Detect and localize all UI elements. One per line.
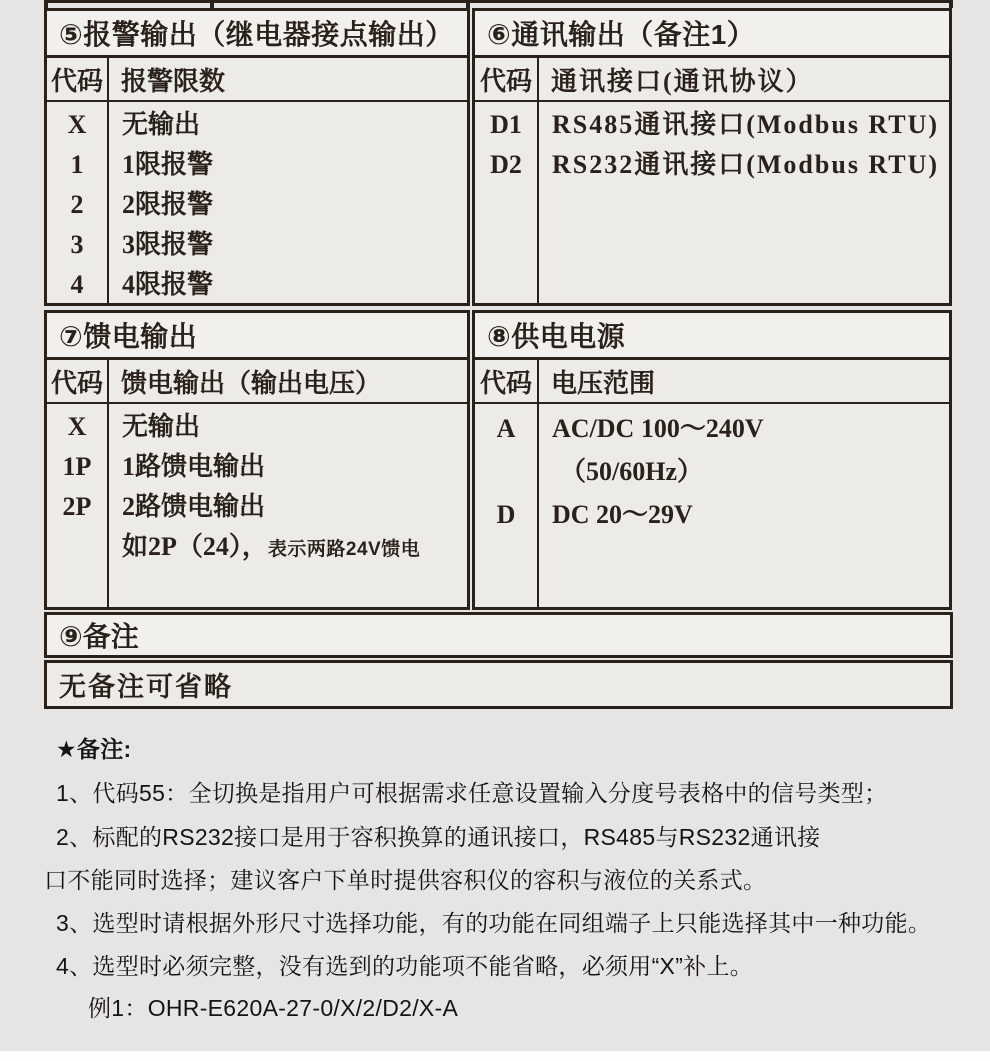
remark-text: 无备注可省略 <box>59 665 233 704</box>
section-title: ⑦馈电输出 <box>47 313 467 360</box>
code-cell: 4 <box>71 265 84 305</box>
table-alarm-output: ⑤报警输出（继电器接点输出） 代码 报警限数 X 1 2 3 4 无输出 1限报… <box>44 8 470 306</box>
desc-cell: 4限报警 <box>122 265 467 305</box>
footnote-line: 3、选型时请根据外形尺寸选择功能，有的功能在同组端子上只能选择其中一种功能。 <box>56 905 956 938</box>
previous-table-stub <box>949 0 953 8</box>
table-remark-header: ⑨备注 <box>44 612 953 658</box>
desc-cell: RS485通讯接口(Modbus RTU) <box>552 105 949 145</box>
table-feed-output: ⑦馈电输出 代码 馈电输出（输出电压） X 1P 2P 无输出 1路馈电输出 2… <box>44 310 470 610</box>
table-power-supply: ⑧供电电源 代码 电压范围 A D AC/DC 100～240V （50/60H… <box>472 310 952 610</box>
section-title: ⑧供电电源 <box>475 313 949 360</box>
footnote-line: 口不能同时选择；建议客户下单时提供容积仪的容积与液位的关系式。 <box>44 862 944 895</box>
note-prefix: 如2P（24）， <box>122 532 268 561</box>
previous-table-stub <box>466 0 470 8</box>
code-cell: D1 <box>490 105 522 145</box>
code-cell: 3 <box>71 225 84 265</box>
code-cell: D2 <box>490 145 522 185</box>
previous-table-stub <box>44 0 48 8</box>
footnote-title: ★备注: <box>56 731 956 764</box>
code-cell: X <box>68 105 87 145</box>
desc-cell: 无输出 <box>122 105 467 145</box>
column-header-desc: 通讯接口(通讯协议） <box>539 58 814 100</box>
desc-cell: 1路馈电输出 <box>122 447 467 487</box>
desc-cell: 3限报警 <box>122 225 467 265</box>
page-bottom-strip <box>0 1051 990 1061</box>
code-cell: D <box>497 493 516 536</box>
column-header-code: 代码 <box>47 360 109 402</box>
column-header-desc: 报警限数 <box>109 58 225 100</box>
code-cell: A <box>497 407 516 450</box>
column-header-desc: 电压范围 <box>539 360 655 402</box>
column-header-code: 代码 <box>475 58 539 100</box>
table-remark-body: 无备注可省略 <box>44 660 953 709</box>
column-header-code: 代码 <box>47 58 109 100</box>
desc-cell: 无输出 <box>122 407 467 447</box>
ordering-spec-page: ⑤报警输出（继电器接点输出） 代码 报警限数 X 1 2 3 4 无输出 1限报… <box>0 0 990 1061</box>
table-comm-output: ⑥通讯输出（备注1） 代码 通讯接口(通讯协议） D1 D2 RS485通讯接口… <box>472 8 952 306</box>
desc-cell: RS232通讯接口(Modbus RTU) <box>552 145 949 185</box>
desc-cell: 2路馈电输出 <box>122 487 467 527</box>
column-header-code: 代码 <box>475 360 539 402</box>
section-title: ⑥通讯输出（备注1） <box>475 11 949 58</box>
code-cell: 2P <box>63 487 92 527</box>
footnote-example: 例1：OHR-E620A-27-0/X/2/D2/X-A <box>88 990 988 1023</box>
desc-cell: DC 20～29V <box>552 493 949 536</box>
desc-cell-note: 如2P（24），表示两路24V馈电 <box>122 527 467 567</box>
footnote-line: 1、代码55：全切换是指用户可根据需求任意设置输入分度号表格中的信号类型； <box>56 775 956 808</box>
column-header-desc: 馈电输出（输出电压） <box>109 360 381 402</box>
previous-table-stub <box>210 0 214 8</box>
desc-cell: AC/DC 100～240V <box>552 407 949 450</box>
desc-cell-line2: （50/60Hz） <box>552 450 949 493</box>
code-cell: X <box>68 407 87 447</box>
code-cell: 1P <box>63 447 92 487</box>
note-small: 表示两路24V馈电 <box>268 539 420 560</box>
desc-cell: 1限报警 <box>122 145 467 185</box>
footnote-line: 4、选型时必须完整，没有选到的功能项不能省略，必须用“X”补上。 <box>56 948 956 981</box>
previous-table-bottom-edge <box>44 0 953 3</box>
code-cell: 1 <box>71 145 84 185</box>
code-cell: 2 <box>71 185 84 225</box>
section-title: ⑤报警输出（继电器接点输出） <box>47 11 467 58</box>
desc-cell: 2限报警 <box>122 185 467 225</box>
footnote-line: 2、标配的RS232接口是用于容积换算的通讯接口，RS485与RS232通讯接 <box>56 819 956 852</box>
section-title: ⑨备注 <box>59 615 139 655</box>
